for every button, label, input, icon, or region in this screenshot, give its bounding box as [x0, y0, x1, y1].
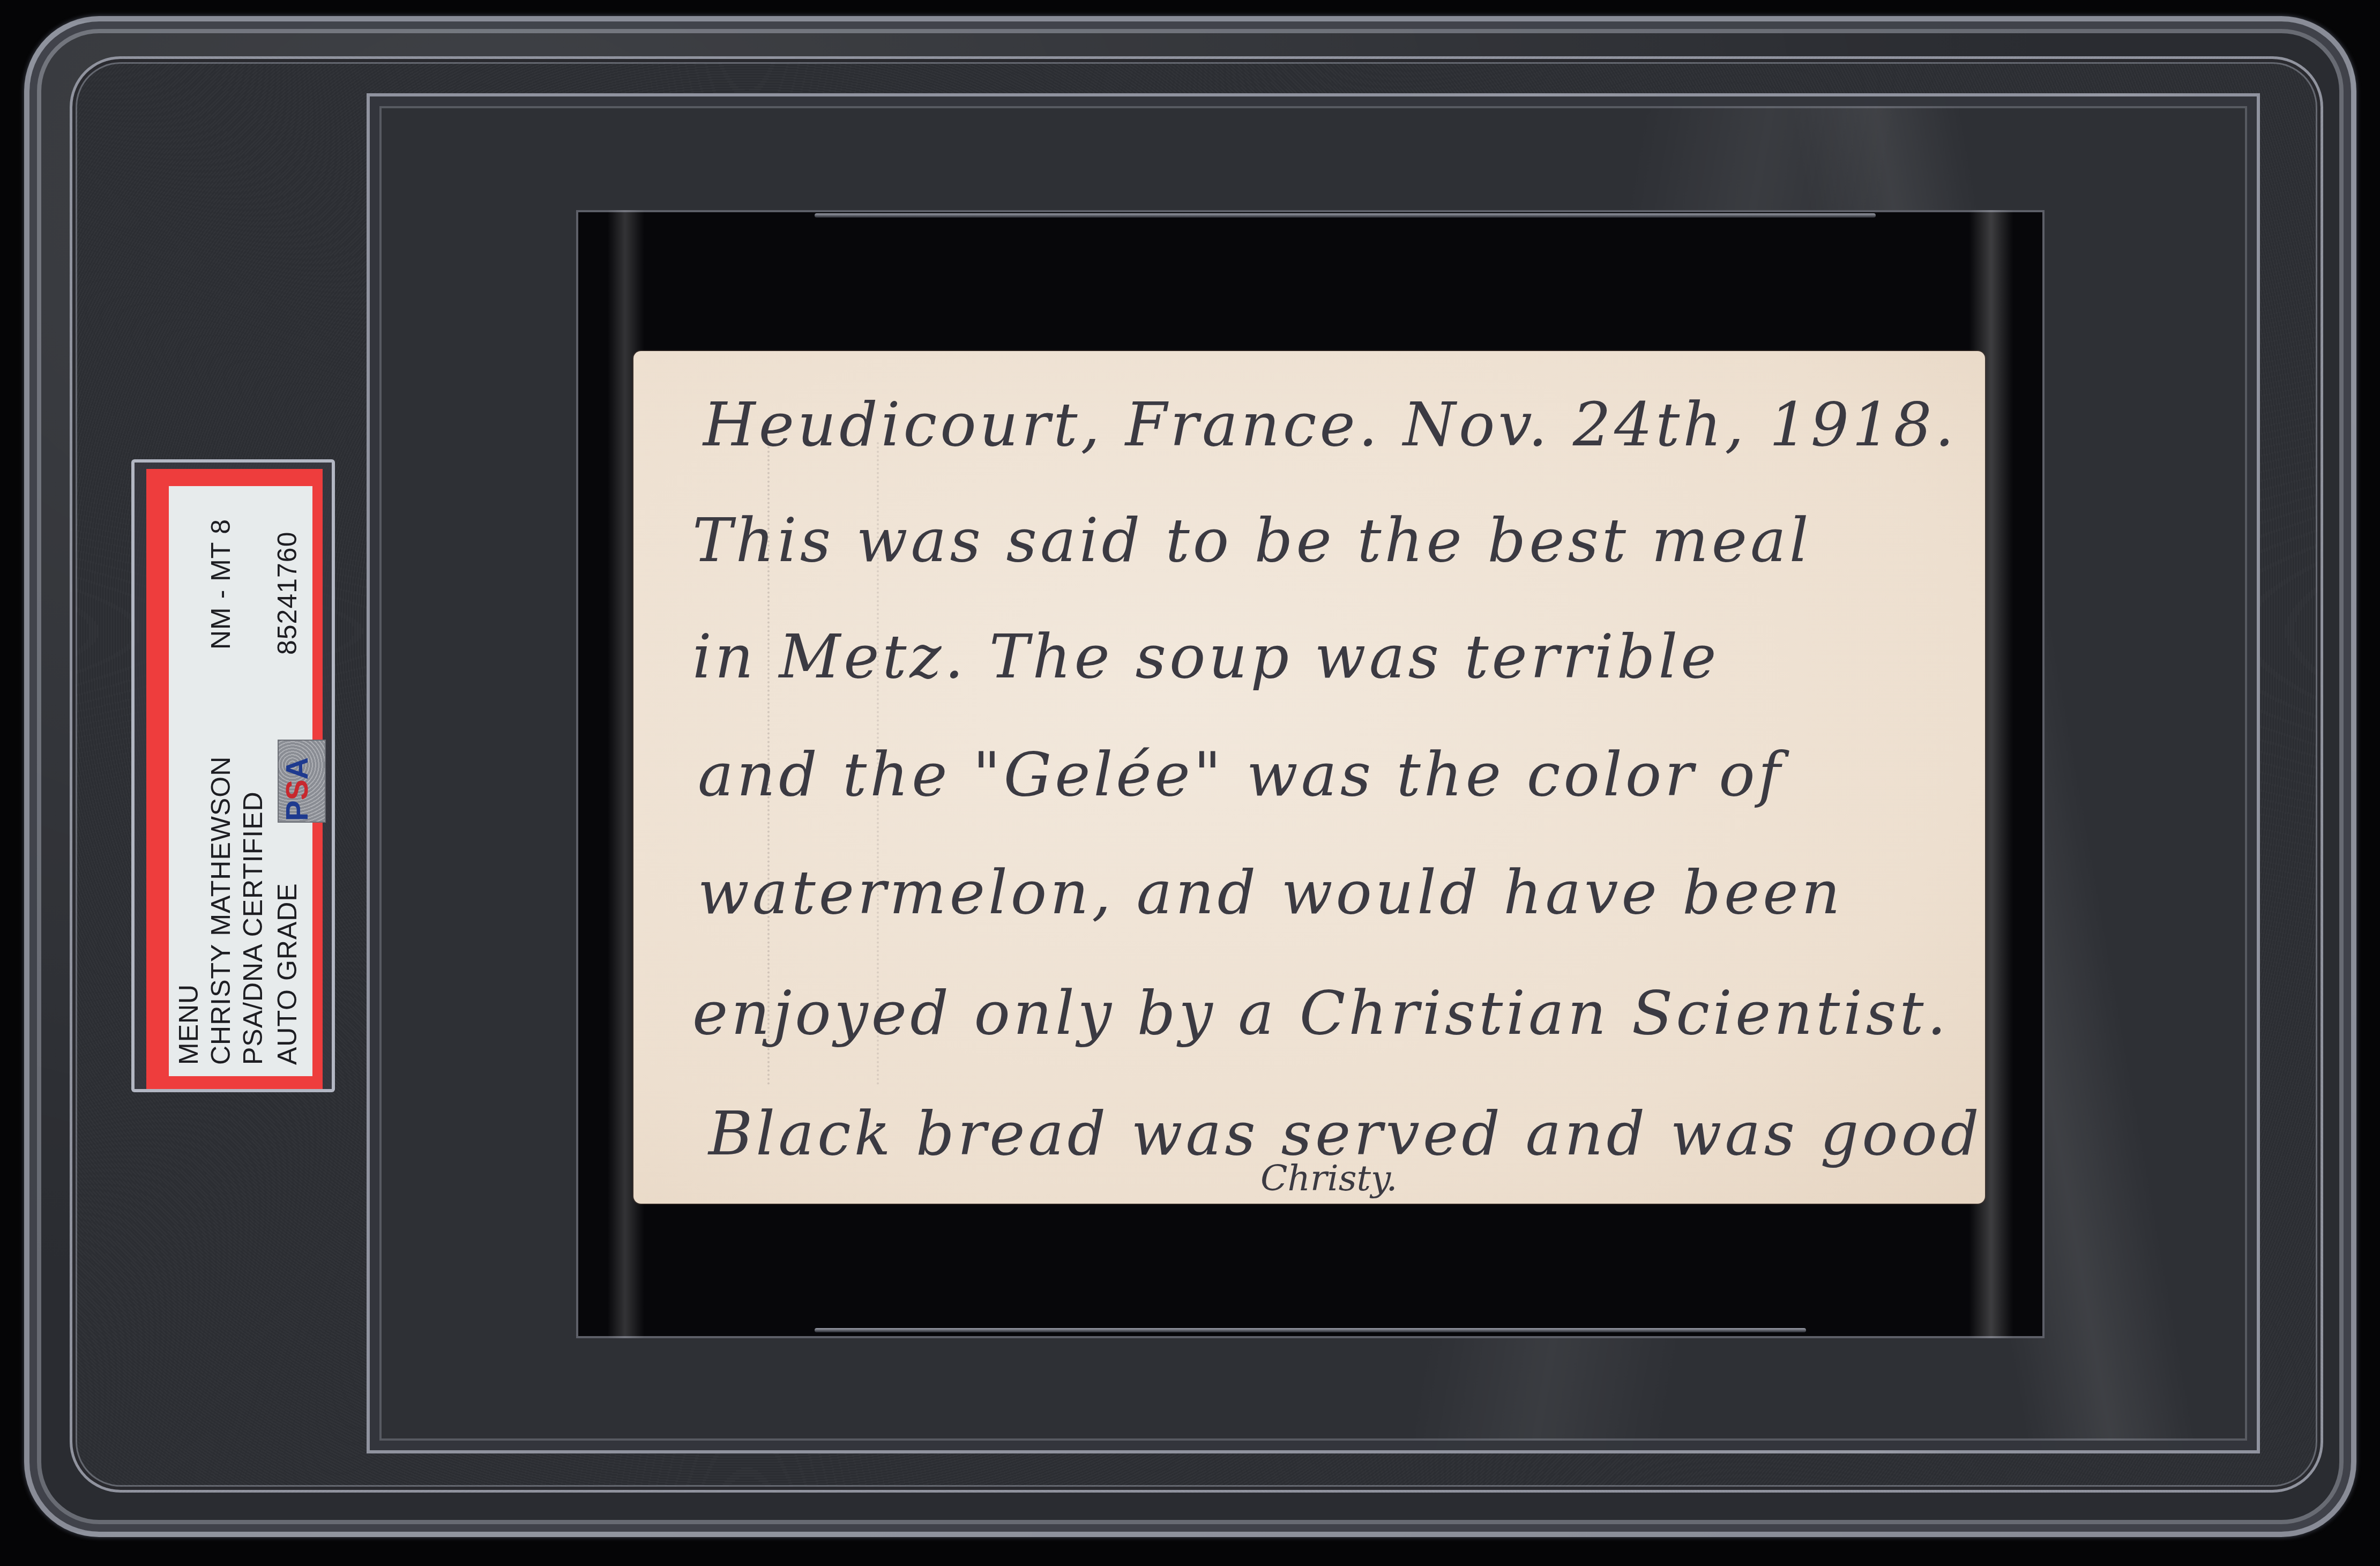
signature: Christy. [1260, 1158, 1398, 1199]
card-line-3: in Metz. The soup was terrible [692, 627, 1720, 687]
psa-hologram-icon: PSA [278, 740, 326, 823]
card-line-1: Heudicourt, France. Nov. 24th, 1918. [703, 395, 1957, 455]
card-line-7: Black bread was served and was good. [708, 1104, 1985, 1164]
sleeve-edge-bottom [815, 1328, 1806, 1332]
psa-logo: PSA [282, 757, 313, 821]
card-line-6: enjoyed only by a Christian Scientist. [692, 983, 1949, 1043]
card-line-4: and the "Gelée" was the color of [698, 745, 1784, 805]
label-grade-type: AUTO GRADE [274, 883, 301, 1065]
handwritten-menu-card: Heudicourt, France. Nov. 24th, 1918. Thi… [633, 351, 1985, 1204]
sleeve-edge-top [815, 213, 1876, 218]
label-cert-number: 85241760 [274, 532, 301, 655]
label-item-type: MENU [175, 984, 202, 1065]
card-line-2: This was said to be the best meal [692, 511, 1812, 571]
label-grade: NM - MT 8 [207, 519, 234, 650]
label-certification: PSA/DNA CERTIFIED [240, 791, 266, 1065]
card-line-5: watermelon, and would have been [698, 863, 1844, 923]
label-player-name: CHRISTY MATHEWSON [207, 756, 234, 1065]
